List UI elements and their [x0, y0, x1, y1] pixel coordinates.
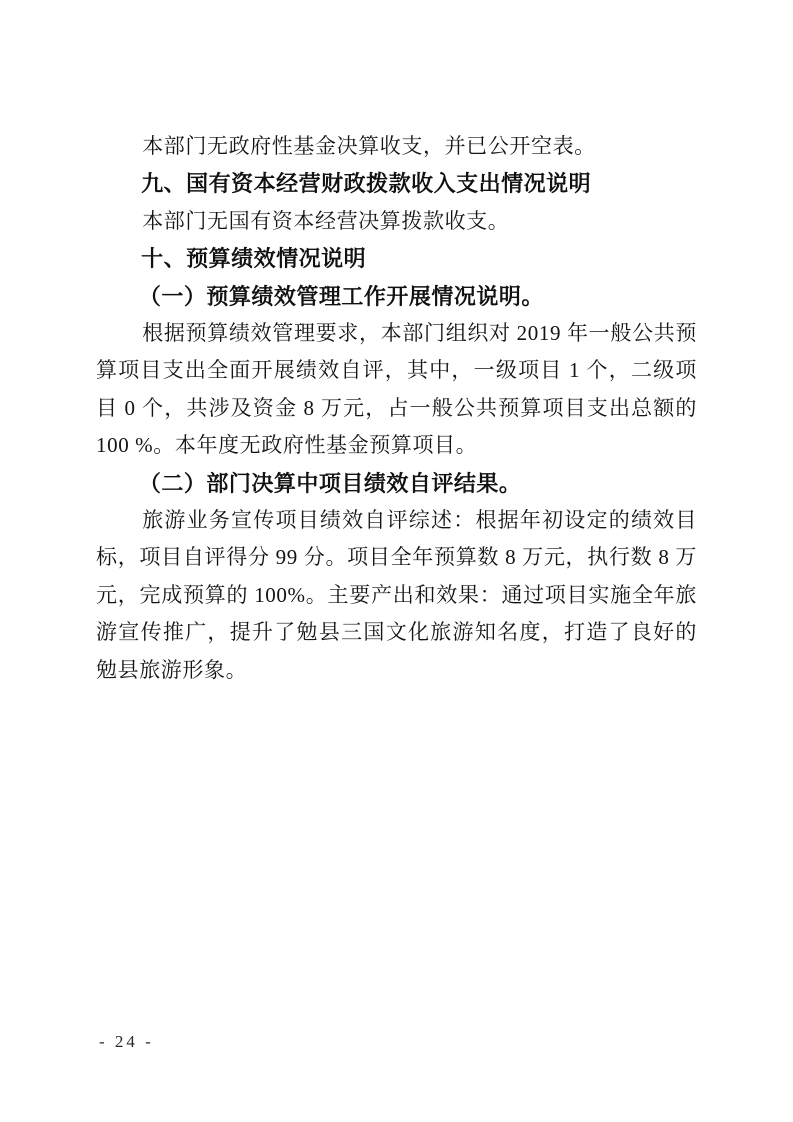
paragraph-tourism-project-summary: 旅游业务宣传项目绩效自评综述：根据年初设定的绩效目标，项目自评得分 99 分。项… — [96, 502, 697, 689]
document-page: 本部门无政府性基金决算收支，并已公开空表。 九、国有资本经营财政拨款收入支出情况… — [0, 0, 793, 1122]
paragraph-performance-self-evaluation: 根据预算绩效管理要求，本部门组织对 2019 年一般公共预算项目支出全面开展绩效… — [96, 315, 697, 465]
paragraph-no-gov-fund-accounts: 本部门无政府性基金决算收支，并已公开空表。 — [96, 128, 697, 165]
document-body: 本部门无政府性基金决算收支，并已公开空表。 九、国有资本经营财政拨款收入支出情况… — [96, 128, 697, 689]
subsection-heading-1-performance-management: （一）预算绩效管理工作开展情况说明。 — [96, 278, 697, 315]
subsection-heading-2-project-performance-results: （二）部门决算中项目绩效自评结果。 — [96, 465, 697, 502]
section-heading-9-state-capital: 九、国有资本经营财政拨款收入支出情况说明 — [96, 165, 697, 202]
paragraph-no-state-capital-accounts: 本部门无国有资本经营决算拨款收支。 — [96, 203, 697, 240]
page-number: - 24 - — [99, 1031, 154, 1053]
section-heading-10-budget-performance: 十、预算绩效情况说明 — [96, 240, 697, 277]
